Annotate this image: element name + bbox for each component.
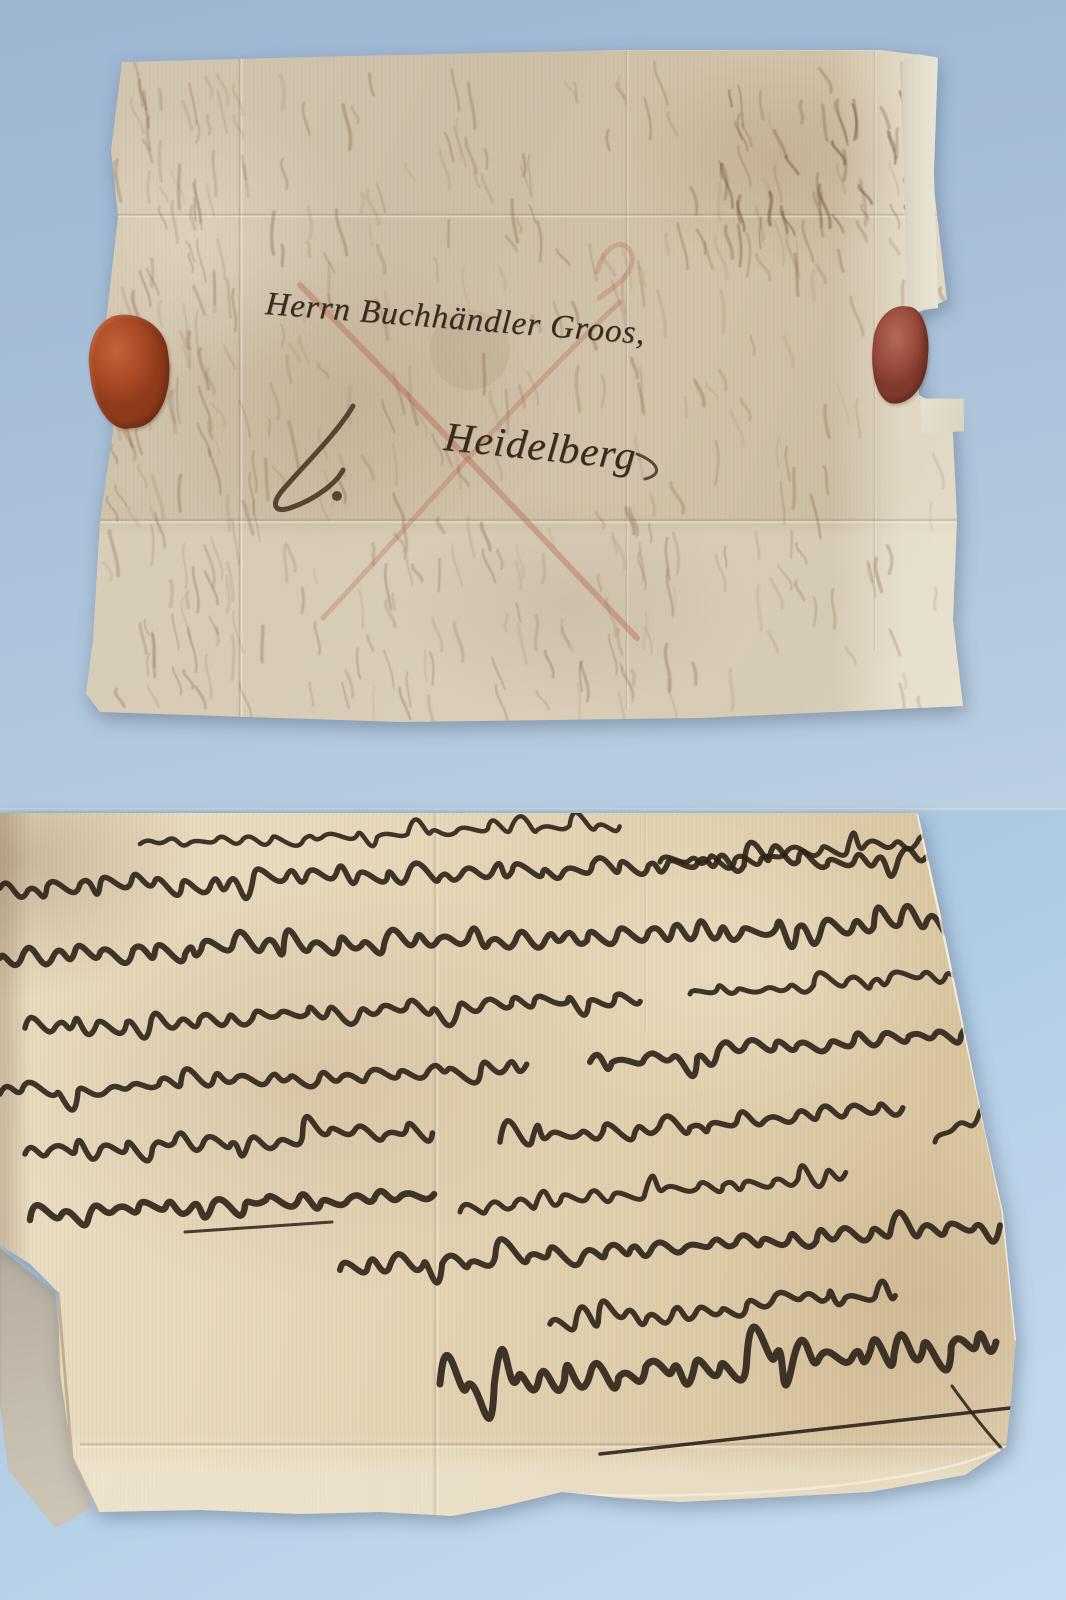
bleedthrough-stroke	[199, 386, 211, 430]
bleedthrough-stroke	[193, 184, 202, 230]
bleedthrough-stroke	[227, 279, 230, 317]
bleedthrough-stroke	[370, 225, 372, 246]
bleedthrough-stroke	[412, 565, 422, 581]
bleedthrough-stroke	[400, 688, 410, 719]
bleedthrough-stroke	[172, 391, 176, 433]
bleedthrough-stroke	[134, 61, 143, 106]
bleedthrough-stroke	[537, 691, 548, 709]
bleedthrough-stroke	[747, 234, 750, 276]
bleedthrough-stroke	[213, 274, 214, 311]
bleedthrough-stroke	[172, 615, 178, 649]
bleedthrough-stroke	[271, 384, 279, 419]
bleedthrough-stroke	[147, 268, 159, 295]
bleedthrough-stroke	[817, 173, 819, 205]
bleedthrough-stroke	[144, 92, 149, 128]
bleedthrough-stroke	[466, 139, 476, 173]
bleedthrough-stroke	[825, 406, 829, 438]
bleedthrough-stroke	[775, 221, 784, 265]
bleedthrough-stroke	[104, 563, 112, 581]
bleedthrough-stroke	[795, 254, 798, 295]
bleedthrough-stroke	[315, 622, 320, 654]
signature-flourish	[600, 1386, 1022, 1475]
handwriting-line	[550, 1281, 895, 1330]
bleedthrough-stroke	[796, 543, 806, 563]
bleedthrough-stroke	[452, 545, 462, 585]
bleedthrough-stroke	[147, 117, 150, 150]
bleedthrough-stroke	[800, 101, 803, 123]
handwriting-line	[25, 994, 640, 1038]
bleedthrough-stroke	[838, 250, 843, 271]
bleedthrough-stroke	[136, 424, 142, 454]
bleedthrough-stroke	[346, 670, 353, 697]
handwriting-line	[25, 1117, 432, 1161]
bleedthrough-stroke	[377, 184, 385, 212]
bleedthrough-stroke	[832, 142, 845, 164]
bleedthrough-stroke	[609, 635, 617, 675]
bleedthrough-stroke	[359, 590, 363, 628]
bleedthrough-stroke	[844, 151, 846, 180]
paper-edge-highlight	[560, 1447, 1006, 1496]
bleedthrough-stroke	[169, 392, 175, 423]
bleedthrough-stroke	[266, 459, 268, 500]
bleedthrough-stroke	[536, 616, 538, 649]
bleedthrough-stroke	[814, 598, 817, 626]
bleedthrough-stroke	[115, 485, 127, 506]
bleedthrough-stroke	[735, 122, 747, 151]
bleedthrough-stroke	[407, 560, 412, 585]
bleedthrough-stroke	[506, 236, 516, 250]
handwriting-ink	[0, 813, 1045, 1419]
bleedthrough-stroke	[147, 654, 149, 676]
bleedthrough-stroke	[439, 559, 440, 591]
bleedthrough-stroke	[764, 179, 770, 197]
bleedthrough-stroke	[403, 526, 406, 559]
bleedthrough-stroke	[868, 561, 873, 582]
bleedthrough-stroke	[218, 92, 227, 133]
letter-closeup-paper	[0, 812, 1066, 1600]
bleedthrough-stroke	[857, 222, 867, 241]
fold-crease	[644, 812, 648, 1032]
bleedthrough-stroke	[496, 685, 507, 725]
handwriting-ink-overlay	[0, 812, 1066, 1600]
bleedthrough-stroke	[468, 518, 474, 557]
bleedthrough-stroke	[405, 164, 414, 181]
bleedthrough-stroke	[769, 113, 781, 156]
bleedthrough-stroke	[678, 224, 688, 268]
bleedthrough-stroke	[658, 291, 666, 337]
bleedthrough-stroke	[691, 188, 697, 215]
bleedthrough-stroke	[731, 410, 743, 446]
bleedthrough-stroke	[143, 140, 152, 162]
bleedthrough-stroke	[253, 451, 257, 492]
bleedthrough-stroke	[183, 346, 190, 370]
bleedthrough-stroke	[838, 384, 849, 426]
handwriting-line	[660, 833, 1001, 869]
bleedthrough-stroke	[719, 161, 721, 179]
bleedthrough-stroke	[673, 533, 678, 574]
paraph-dot	[332, 491, 342, 501]
bleedthrough-stroke	[362, 456, 374, 479]
bleedthrough-stroke	[227, 496, 229, 531]
bleedthrough-stroke	[434, 258, 438, 282]
bleedthrough-stroke	[665, 645, 670, 691]
bleedthrough-stroke	[757, 255, 770, 280]
bleedthrough-stroke	[632, 671, 634, 685]
address-line-city: Heidelberg	[442, 412, 639, 480]
bleedthrough-stroke	[666, 234, 669, 254]
bleedthrough-stroke	[557, 249, 569, 264]
bleedthrough-stroke	[314, 569, 317, 584]
bleedthrough-stroke	[214, 270, 215, 304]
bleedthrough-stroke	[173, 667, 181, 694]
bleedthrough-ink	[102, 61, 954, 725]
bleedthrough-stroke	[310, 682, 313, 706]
bleedthrough-stroke	[771, 578, 783, 608]
bleedthrough-stroke	[433, 618, 442, 651]
bleedthrough-stroke	[787, 156, 799, 174]
handwriting-line	[935, 1080, 1043, 1142]
bleedthrough-stroke	[803, 221, 814, 262]
bleedthrough-stroke	[307, 242, 310, 257]
bleedthrough-stroke	[760, 92, 763, 119]
bleedthrough-stroke	[612, 534, 624, 570]
bleedthrough-stroke	[140, 624, 146, 653]
bleedthrough-stroke	[903, 674, 906, 688]
bleedthrough-stroke	[819, 185, 830, 227]
bleedthrough-stroke	[407, 672, 411, 706]
bleedthrough-stroke	[303, 103, 310, 135]
signature-descender	[952, 1386, 1022, 1475]
bleedthrough-stroke	[349, 386, 351, 423]
bleedthrough-stroke	[198, 424, 210, 456]
bleedthrough-stroke	[107, 497, 118, 521]
bleedthrough-stroke	[649, 524, 652, 543]
bleedthrough-stroke	[382, 400, 394, 432]
bleedthrough-stroke	[111, 445, 117, 463]
bleedthrough-stroke	[207, 369, 214, 394]
bleedthrough-stroke	[812, 271, 814, 300]
bleedthrough-stroke	[846, 647, 856, 664]
paraph-stroke	[275, 406, 353, 510]
bleedthrough-stroke	[113, 163, 116, 180]
bleedthrough-stroke	[227, 576, 229, 612]
bleedthrough-stroke	[152, 633, 155, 677]
bleedthrough-stroke	[856, 400, 859, 439]
bleedthrough-stroke	[793, 468, 794, 508]
photo-collage: Herrn Buchhändler Groos, Heidelberg	[0, 0, 1066, 1600]
bleedthrough-stroke	[741, 399, 750, 420]
bleedthrough-stroke	[197, 240, 206, 282]
bleedthrough-stroke	[671, 483, 684, 513]
bleedthrough-stroke	[854, 100, 857, 138]
bleedthrough-stroke	[289, 422, 299, 467]
bleedthrough-stroke	[140, 271, 150, 306]
bleedthrough-stroke	[795, 580, 804, 600]
handwriting-line	[590, 1007, 1043, 1076]
bleedthrough-stroke	[392, 594, 394, 610]
bleedthrough-stroke	[500, 269, 505, 289]
handwriting-line	[0, 827, 1008, 898]
fold-crease	[91, 518, 959, 524]
bleedthrough-stroke	[352, 106, 358, 123]
bleedthrough-stroke	[393, 373, 404, 414]
bleedthrough-stroke	[654, 62, 667, 104]
bleedthrough-stroke	[160, 187, 168, 202]
bleedthrough-stroke	[180, 331, 190, 367]
bleedthrough-stroke	[719, 370, 726, 391]
bleedthrough-stroke	[697, 230, 705, 254]
handwriting-line	[440, 1327, 996, 1418]
bleedthrough-stroke	[151, 259, 152, 286]
bleedthrough-stroke	[206, 78, 212, 97]
bleedthrough-stroke	[721, 164, 732, 208]
bleedthrough-stroke	[890, 239, 899, 254]
bleedthrough-stroke	[933, 454, 943, 488]
bleedthrough-stroke	[666, 538, 670, 580]
bleedthrough-stroke	[205, 572, 218, 604]
bleedthrough-stroke	[616, 84, 625, 99]
bleedthrough-stroke	[308, 207, 311, 238]
bleedthrough-stroke	[370, 74, 374, 95]
bleedthrough-stroke	[289, 344, 299, 362]
bleedthrough-stroke	[512, 200, 518, 242]
handwriting-line	[0, 906, 1029, 965]
bleedthrough-stroke	[562, 628, 573, 651]
bleedthrough-stroke	[224, 346, 235, 369]
bleedthrough-stroke	[757, 586, 761, 630]
bleedthrough-stroke	[612, 537, 617, 553]
bleedthrough-stroke	[835, 102, 847, 142]
bleedthrough-stroke	[564, 81, 575, 97]
handwriting-line	[0, 1062, 527, 1110]
handwriting-line	[30, 1191, 434, 1225]
bleedthrough-stroke	[887, 546, 891, 574]
bleedthrough-stroke	[408, 393, 417, 424]
bleedthrough-stroke	[851, 297, 863, 335]
bleedthrough-stroke	[227, 563, 232, 601]
bleedthrough-stroke	[287, 356, 291, 383]
bleedthrough-stroke	[888, 131, 895, 164]
bleedthrough-stroke	[199, 349, 208, 389]
bleedthrough-stroke	[607, 130, 610, 150]
envelope-ink-overlay	[85, 50, 965, 725]
bleedthrough-stroke	[930, 502, 932, 531]
bleedthrough-stroke	[211, 403, 225, 425]
bleedthrough-stroke	[193, 567, 198, 612]
paraph-flourish	[275, 406, 353, 510]
bleedthrough-stroke	[217, 628, 218, 645]
bleedthrough-stroke	[823, 105, 827, 140]
fold-crease	[80, 1442, 1015, 1449]
bleedthrough-stroke	[273, 467, 284, 483]
bleedthrough-stroke	[288, 546, 295, 572]
bleedthrough-stroke	[505, 614, 508, 630]
bleedthrough-stroke	[775, 165, 782, 202]
bleedthrough-stroke	[738, 114, 742, 139]
bleedthrough-stroke	[302, 588, 304, 613]
bleedthrough-stroke	[517, 218, 521, 232]
bleedthrough-stroke	[159, 141, 161, 181]
bleedthrough-stroke	[756, 532, 759, 558]
bleedthrough-stroke	[784, 337, 793, 367]
bleedthrough-stroke	[206, 655, 211, 698]
bleedthrough-stroke	[632, 358, 638, 377]
bleedthrough-stroke	[325, 471, 333, 507]
bleedthrough-stroke	[367, 635, 372, 650]
bleedthrough-stroke	[187, 592, 189, 608]
bleedthrough-stroke	[811, 495, 820, 538]
bleedthrough-stroke	[148, 171, 150, 202]
bleedthrough-stroke	[456, 119, 462, 159]
bleedthrough-stroke	[859, 186, 872, 204]
bleedthrough-stroke	[139, 81, 146, 110]
bleedthrough-stroke	[518, 624, 526, 664]
bleedthrough-stroke	[361, 193, 364, 212]
bleedthrough-stroke	[934, 588, 936, 610]
bleedthrough-stroke	[171, 581, 172, 606]
bleedthrough-stroke	[105, 152, 107, 196]
bleedthrough-stroke	[440, 150, 449, 189]
bleedthrough-stroke	[115, 689, 124, 706]
bleedthrough-stroke	[197, 122, 200, 142]
bleedthrough-stroke	[603, 254, 615, 274]
bleedthrough-stroke	[645, 98, 651, 139]
bleedthrough-stroke	[716, 441, 719, 484]
bleedthrough-stroke	[123, 426, 135, 460]
bleedthrough-stroke	[900, 684, 905, 714]
bleedthrough-stroke	[820, 68, 832, 92]
bleedthrough-stroke	[372, 544, 374, 565]
bleedthrough-stroke	[860, 180, 865, 225]
bleedthrough-stroke	[543, 554, 545, 582]
bleedthrough-stroke	[667, 569, 673, 615]
bleedthrough-stroke	[940, 288, 950, 314]
fold-crease	[238, 55, 243, 720]
handwriting-line	[460, 1166, 846, 1214]
bleedthrough-stroke	[520, 165, 530, 194]
bleedthrough-stroke	[945, 145, 954, 186]
bleedthrough-stroke	[838, 100, 848, 145]
bleedthrough-stroke	[668, 112, 677, 135]
bleedthrough-stroke	[281, 324, 284, 346]
bleedthrough-stroke	[638, 384, 644, 414]
paper-edge-highlight	[918, 814, 1016, 1340]
bleedthrough-stroke	[492, 658, 504, 689]
bleedthrough-stroke	[281, 159, 287, 189]
bleedthrough-stroke	[817, 265, 825, 282]
bleedthrough-stroke	[139, 465, 147, 488]
bleedthrough-stroke	[209, 450, 221, 494]
bleedthrough-stroke	[562, 620, 570, 648]
bleedthrough-stroke	[786, 447, 790, 480]
bleedthrough-stroke	[645, 627, 651, 654]
bleedthrough-stroke	[393, 444, 397, 486]
bleedthrough-stroke	[178, 165, 179, 209]
bleedthrough-stroke	[482, 175, 493, 203]
bleedthrough-stroke	[918, 698, 930, 725]
bleedthrough-stroke	[545, 651, 553, 677]
bleedthrough-stroke	[318, 429, 326, 458]
bleedthrough-stroke	[172, 201, 178, 242]
bleedthrough-stroke	[724, 547, 726, 567]
bleedthrough-stroke	[640, 368, 642, 412]
bleedthrough-stroke	[715, 238, 727, 279]
bleedthrough-stroke	[189, 254, 193, 273]
bleedthrough-stroke	[485, 150, 488, 169]
bleedthrough-stroke	[721, 291, 724, 334]
bleedthrough-stroke	[751, 336, 755, 355]
bleedthrough-stroke	[890, 630, 900, 656]
bleedthrough-stroke	[249, 473, 254, 515]
bleedthrough-stroke	[430, 653, 433, 685]
bleedthrough-stroke	[232, 635, 234, 679]
bleedthrough-stroke	[674, 587, 676, 610]
bleedthrough-stroke	[483, 550, 495, 582]
handwriting-line	[140, 813, 620, 847]
address-line-recipient: Herrn Buchhändler Groos,	[264, 286, 647, 353]
bleedthrough-stroke	[537, 222, 541, 262]
bleedthrough-stroke	[685, 397, 687, 418]
bleedthrough-stroke	[452, 69, 459, 110]
bleedthrough-stroke	[204, 546, 214, 587]
bleedthrough-stroke	[159, 89, 161, 109]
bleedthrough-stroke	[179, 475, 181, 511]
bleedthrough-stroke	[852, 104, 856, 140]
bleedthrough-stroke	[455, 623, 463, 661]
bleedthrough-stroke	[272, 212, 274, 254]
bleedthrough-stroke	[890, 132, 895, 150]
bleedthrough-stroke	[474, 172, 479, 188]
bleedthrough-stroke	[725, 226, 732, 258]
bleedthrough-stroke	[218, 240, 225, 279]
bleedthrough-stroke	[445, 133, 453, 161]
bleedthrough-stroke	[177, 378, 180, 423]
bleedthrough-stroke	[618, 629, 622, 655]
bleedthrough-stroke	[577, 683, 581, 725]
bleedthrough-stroke	[414, 402, 427, 437]
bleedthrough-stroke	[897, 129, 898, 158]
bleedthrough-stroke	[188, 628, 196, 673]
bleedthrough-stroke	[580, 661, 582, 690]
folded-letter-paper: Herrn Buchhändler Groos, Heidelberg	[85, 50, 965, 725]
bleedthrough-stroke	[738, 196, 741, 222]
bleedthrough-stroke	[342, 682, 348, 707]
bleedthrough-stroke	[832, 589, 835, 628]
bleedthrough-stroke	[188, 332, 189, 349]
address-swash	[637, 454, 657, 479]
bleedthrough-stroke	[759, 217, 761, 249]
bleedthrough-stroke	[147, 686, 158, 707]
bleedthrough-stroke	[280, 75, 284, 110]
bleedthrough-stroke	[498, 550, 503, 568]
bleedthrough-stroke	[775, 131, 786, 158]
bleedthrough-stroke	[517, 544, 524, 577]
bleedthrough-stroke	[196, 312, 198, 355]
bleedthrough-stroke	[116, 160, 121, 201]
bleedthrough-stroke	[881, 107, 889, 127]
bleedthrough-stroke	[668, 680, 677, 725]
bleedthrough-stroke	[208, 422, 212, 438]
bleedthrough-stroke	[357, 648, 360, 678]
bleedthrough-stroke	[706, 383, 717, 400]
bleedthrough-stroke	[385, 564, 391, 609]
bleedthrough-stroke	[324, 253, 334, 273]
bleedthrough-stroke	[343, 105, 350, 150]
bleedthrough-stroke	[824, 466, 828, 493]
bleedthrough-stroke	[519, 385, 524, 408]
bleedthrough-stroke	[814, 193, 822, 227]
bleedthrough-stroke	[644, 613, 647, 650]
